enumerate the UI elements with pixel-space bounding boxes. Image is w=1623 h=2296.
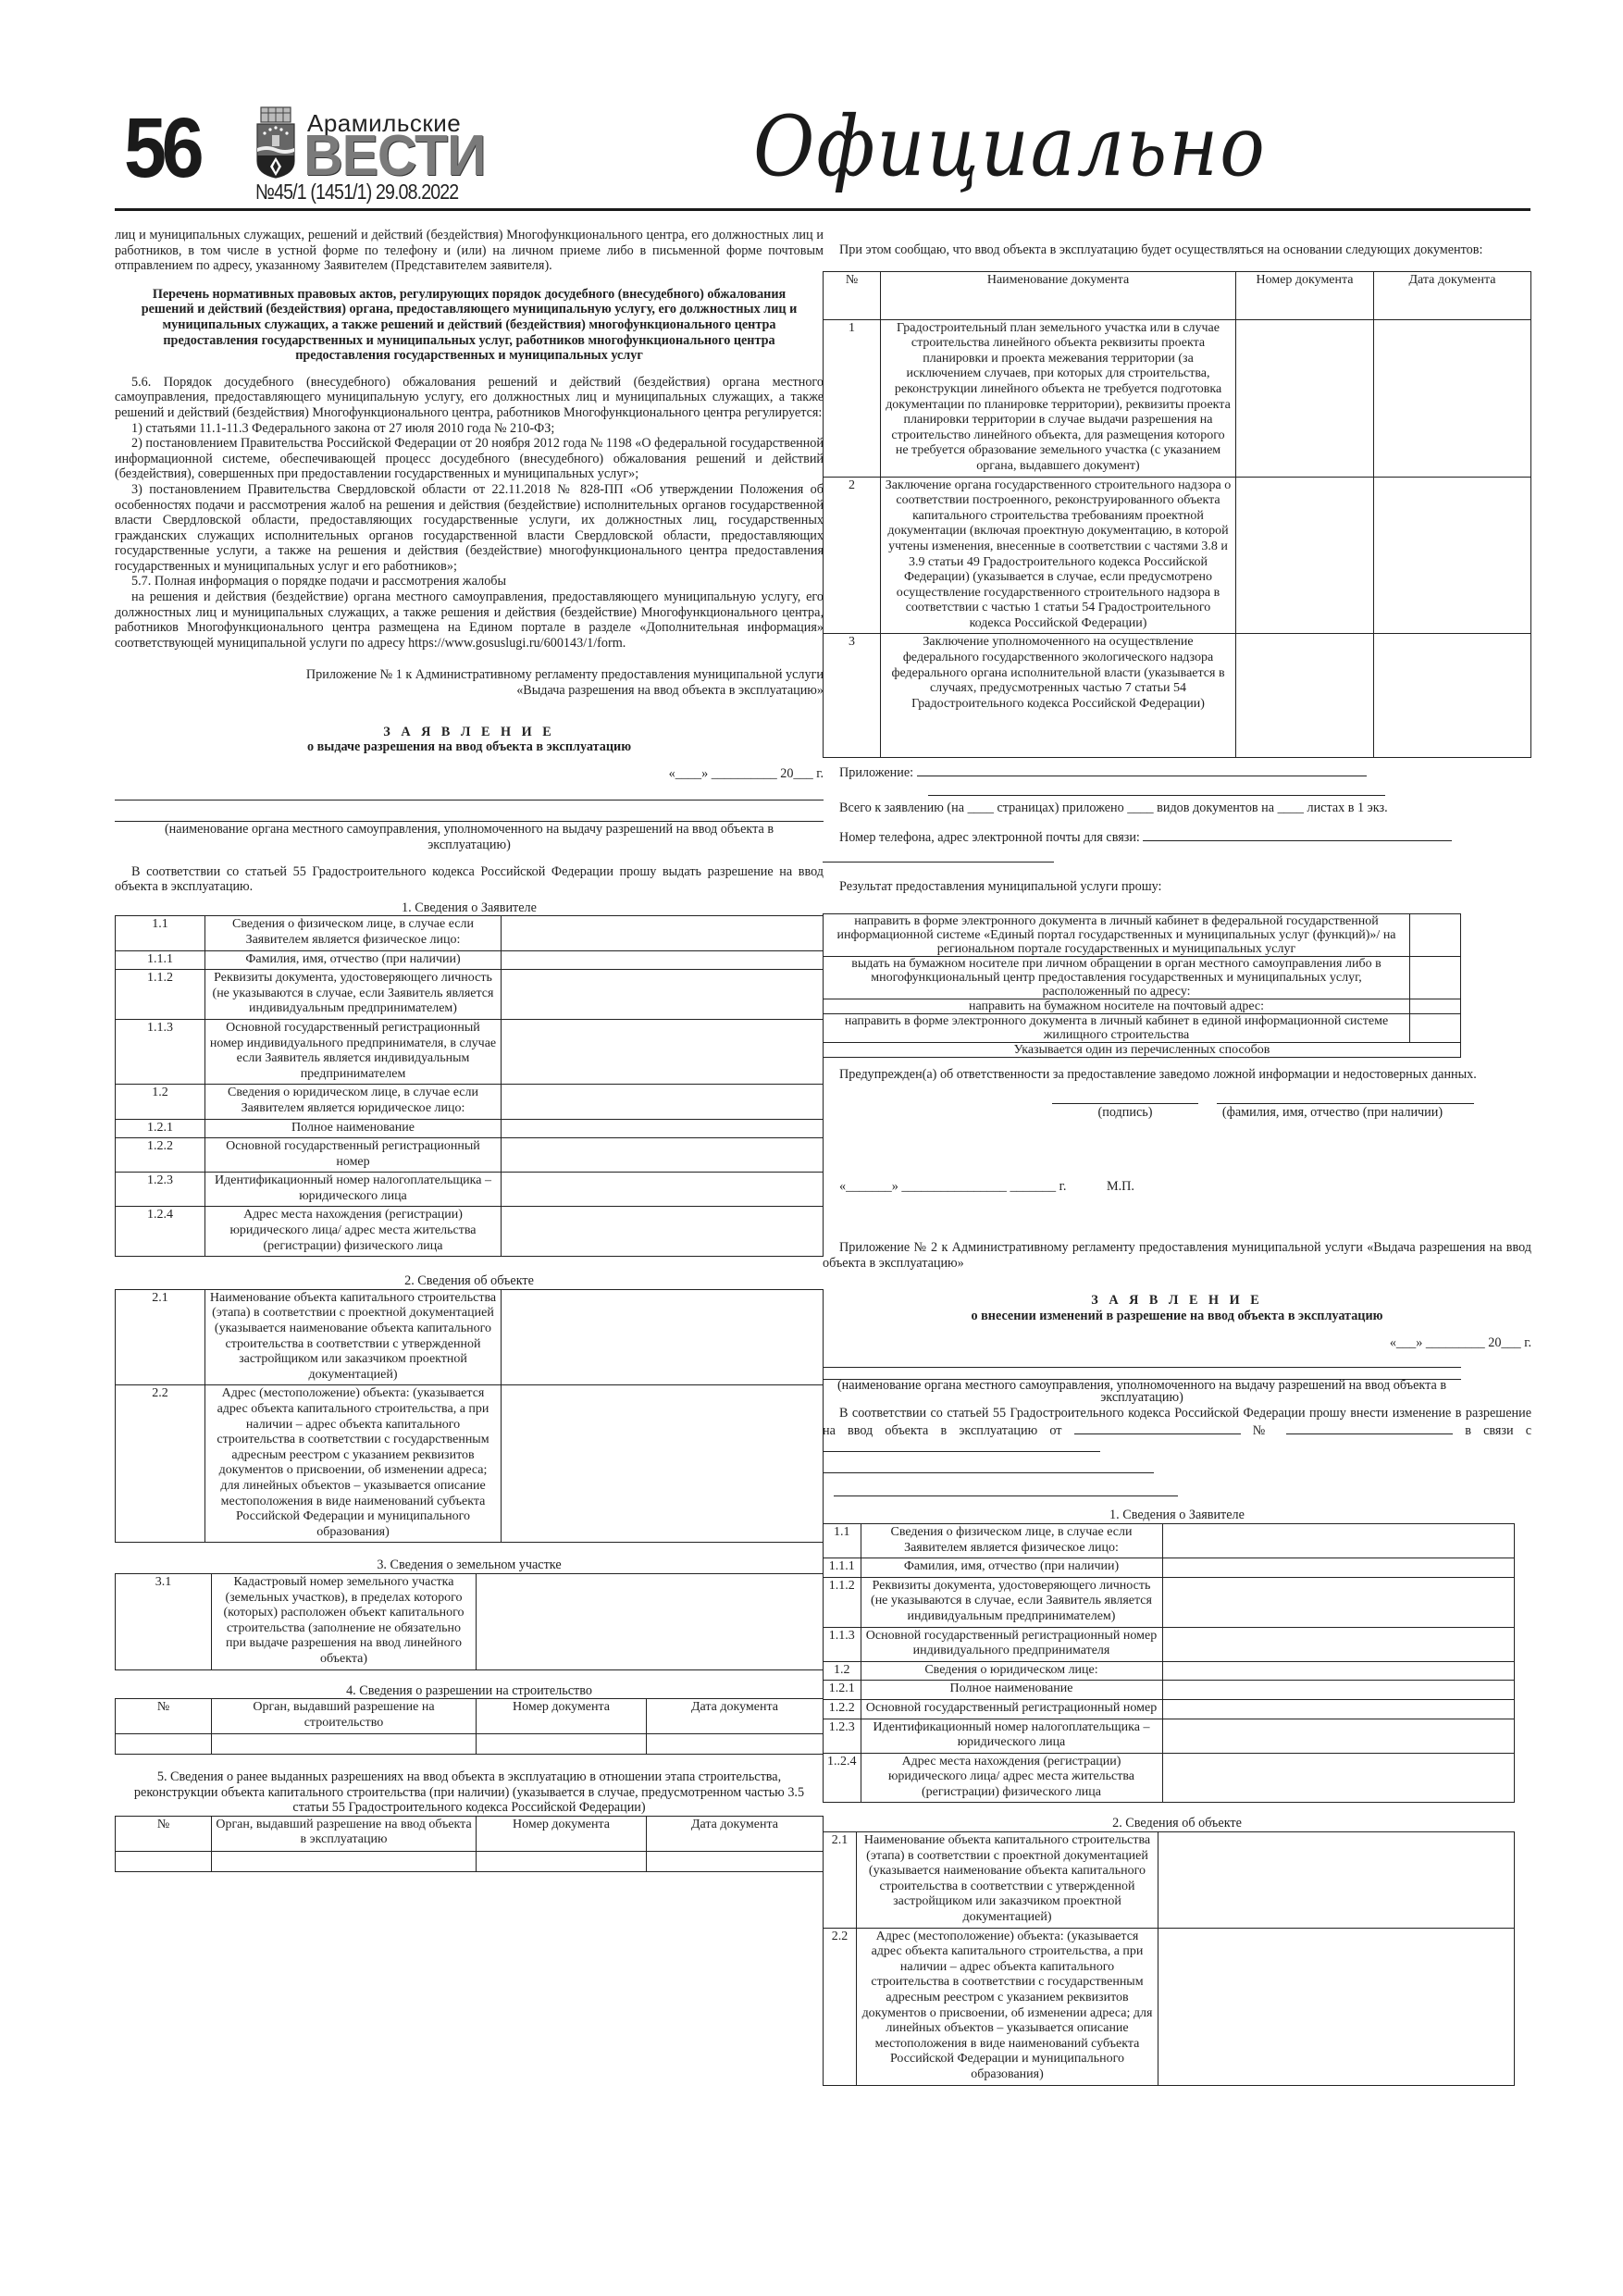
row-value-field[interactable] bbox=[502, 1289, 824, 1385]
row-value-field[interactable] bbox=[1158, 1832, 1515, 1929]
form-2-applicant-table: 1.1Сведения о физическом лице, в случае … bbox=[823, 1523, 1515, 1804]
table-row: 2.2Адрес (местоположение) объекта: (указ… bbox=[824, 1928, 1515, 2085]
authority-caption: (наименование органа местного самоуправл… bbox=[115, 822, 824, 852]
row-number: 1.2.3 bbox=[116, 1173, 205, 1207]
table-cell-field[interactable] bbox=[116, 1734, 212, 1755]
table-row: 1.2Сведения о юридическом лице, в случае… bbox=[116, 1085, 824, 1119]
row-number: 2.1 bbox=[116, 1289, 205, 1385]
row-value-field[interactable] bbox=[502, 1119, 824, 1138]
permit-date-field[interactable] bbox=[1074, 1421, 1241, 1434]
form-1-request: В соответствии со статьей 55 Градостроит… bbox=[115, 864, 824, 895]
row-number: 1.2.3 bbox=[824, 1719, 861, 1753]
land-plot-table: 3.1Кадастровый номер земельного участка … bbox=[115, 1573, 824, 1670]
row-label: Сведения о физическом лице, в случае есл… bbox=[861, 1523, 1162, 1558]
row-value-field[interactable] bbox=[502, 1173, 824, 1207]
section-1-title: 1. Сведения о Заявителе bbox=[115, 900, 824, 916]
table-row: 2Заключение органа государственного стро… bbox=[824, 477, 1531, 634]
row-number: 1.1.3 bbox=[116, 1019, 205, 1084]
result-note: Указывается один из перечисленных способ… bbox=[824, 1043, 1461, 1058]
result-option-label: выдать на бумажном носителе при личном о… bbox=[824, 957, 1410, 999]
table-row: 3.1Кадастровый номер земельного участка … bbox=[116, 1573, 824, 1669]
attachment-field[interactable] bbox=[917, 763, 1367, 776]
signature-field[interactable] bbox=[1052, 1103, 1198, 1104]
table-row: 1.1Сведения о физическом лице, в случае … bbox=[116, 916, 824, 950]
row-label: Идентификационный номер налогоплательщик… bbox=[205, 1173, 502, 1207]
clause-5-6-2: 2) постановлением Правительства Российск… bbox=[115, 436, 824, 482]
authority-name-field-1[interactable] bbox=[115, 781, 824, 800]
row-label: Основной государственный регистрационный… bbox=[205, 1019, 502, 1084]
town-crest-icon bbox=[255, 105, 296, 180]
row-value-field[interactable] bbox=[1162, 1681, 1515, 1700]
result-option-label: направить на бумажном носителе на почтов… bbox=[824, 999, 1410, 1014]
table-row: 2.1Наименование объекта капитального стр… bbox=[824, 1832, 1515, 1929]
table-row: 1.1.2Реквизиты документа, удостоверяющег… bbox=[824, 1577, 1515, 1627]
table-row: 2.1Наименование объекта капитального стр… bbox=[116, 1289, 824, 1385]
table-row: 1.2.3Идентификационный номер налогоплате… bbox=[116, 1173, 824, 1207]
form-2-section-1-title: 1. Сведения о Заявителе bbox=[823, 1508, 1531, 1523]
clause-5-6-3: 3) постановлением Правительства Свердлов… bbox=[115, 482, 824, 575]
table-cell-field[interactable] bbox=[116, 1851, 212, 1871]
result-option-label: направить в форме электронного документа… bbox=[824, 1014, 1410, 1043]
form-1-title: З А Я В Л Е Н И Е bbox=[115, 725, 824, 740]
document-number-field[interactable] bbox=[1236, 477, 1374, 634]
result-option-checkbox[interactable] bbox=[1410, 957, 1461, 999]
row-number: 2.2 bbox=[116, 1385, 205, 1543]
row-number: 1..2.4 bbox=[824, 1753, 861, 1803]
table-row bbox=[116, 1851, 824, 1871]
row-number: 1.2 bbox=[116, 1085, 205, 1119]
row-value-field[interactable] bbox=[1158, 1928, 1515, 2085]
column-header: Номер документа bbox=[477, 1699, 647, 1734]
row-label: Идентификационный номер налогоплательщик… bbox=[861, 1719, 1162, 1753]
result-option-row: выдать на бумажном носителе при личном о… bbox=[824, 957, 1461, 999]
reason-label: в связи с bbox=[1465, 1423, 1531, 1438]
reason-field-3[interactable] bbox=[834, 1483, 1178, 1496]
column-header: № bbox=[116, 1699, 212, 1734]
result-option-checkbox[interactable] bbox=[1410, 914, 1461, 957]
document-date-field[interactable] bbox=[1374, 477, 1531, 634]
row-label: Фамилия, имя, отчество (при наличии) bbox=[205, 950, 502, 970]
row-value-field[interactable] bbox=[502, 1138, 824, 1173]
result-option-checkbox[interactable] bbox=[1410, 1014, 1461, 1043]
contact-line: Номер телефона, адрес электронной почты … bbox=[823, 828, 1531, 846]
row-label: Основной государственный регистрационный… bbox=[861, 1699, 1162, 1719]
column-header: № bbox=[116, 1816, 212, 1851]
intro-paragraph: лиц и муниципальных служащих, решений и … bbox=[115, 228, 824, 274]
form-2-subtitle: о внесении изменений в разрешение на вво… bbox=[823, 1309, 1531, 1324]
clause-5-6-1: 1) статьями 11.1-11.3 Федерального закон… bbox=[115, 421, 824, 437]
header-rule bbox=[115, 208, 1530, 211]
row-number: 1.1.1 bbox=[116, 950, 205, 970]
table-row: 1.1.2Реквизиты документа, удостоверяющег… bbox=[116, 970, 824, 1020]
section-3-title: 3. Сведения о земельном участке bbox=[115, 1558, 824, 1573]
table-row: 1.2.2Основной государственный регистраци… bbox=[116, 1138, 824, 1173]
column-header: Орган, выдавший разрешение на строительс… bbox=[212, 1699, 477, 1734]
row-number: 3 bbox=[824, 634, 881, 758]
row-value-field[interactable] bbox=[1162, 1577, 1515, 1627]
row-value-field[interactable] bbox=[502, 970, 824, 1020]
authority-name-field-3[interactable] bbox=[823, 1350, 1461, 1368]
clause-5-7: 5.7. Полная информация о порядке подачи … bbox=[115, 574, 824, 590]
row-label: Сведения о физическом лице, в случае есл… bbox=[205, 916, 502, 950]
result-method-table: направить в форме электронного документа… bbox=[823, 913, 1461, 1058]
row-number: 1.1.3 bbox=[824, 1627, 861, 1661]
table-row: 1.2.1Полное наименование bbox=[116, 1119, 824, 1138]
column-header: Номер документа bbox=[1236, 271, 1374, 319]
row-label: Кадастровый номер земельного участка (зе… bbox=[212, 1573, 477, 1669]
result-option-label: направить в форме электронного документа… bbox=[824, 914, 1410, 957]
signature-block: (подпись) (фамилия, имя, отчество (при н… bbox=[823, 1103, 1531, 1168]
contact-field[interactable] bbox=[1143, 828, 1452, 841]
row-number: 2.2 bbox=[824, 1928, 857, 2085]
row-label: Основной государственный регистрационный… bbox=[205, 1138, 502, 1173]
full-name-field[interactable] bbox=[1217, 1103, 1474, 1104]
reason-field[interactable] bbox=[823, 1439, 1100, 1452]
row-label: Заключение уполномоченного на осуществле… bbox=[881, 634, 1236, 758]
row-label: Сведения о юридическом лице: bbox=[861, 1661, 1162, 1681]
row-number: 2.1 bbox=[824, 1832, 857, 1929]
table-row: 1.1.3Основной государственный регистраци… bbox=[116, 1019, 824, 1084]
applicant-table: 1.1Сведения о физическом лице, в случае … bbox=[115, 915, 824, 1257]
row-value-field[interactable] bbox=[477, 1573, 824, 1669]
documents-intro: При этом сообщаю, что ввод объекта в экс… bbox=[823, 242, 1531, 258]
reason-field-2[interactable] bbox=[823, 1460, 1154, 1473]
row-label: Наименование объекта капитального строит… bbox=[857, 1832, 1158, 1929]
table-cell-field[interactable] bbox=[212, 1851, 477, 1871]
row-number: 1.1.1 bbox=[824, 1558, 861, 1578]
row-label: Фамилия, имя, отчество (при наличии) bbox=[861, 1558, 1162, 1578]
table-row: 1.2Сведения о юридическом лице: bbox=[824, 1661, 1515, 1681]
newspaper-name-main: ВЕСТИ bbox=[304, 128, 485, 185]
form-2-section-2-title: 2. Сведения об объекте bbox=[823, 1816, 1531, 1831]
issue-number: №45/1 (1451/1) 29.08.2022 bbox=[255, 180, 458, 205]
row-label: Наименование объекта капитального строит… bbox=[205, 1289, 502, 1385]
previous-permits-table: №Орган, выдавший разрешение на ввод объе… bbox=[115, 1816, 824, 1872]
row-label: Реквизиты документа, удостоверяющего лич… bbox=[861, 1577, 1162, 1627]
row-number: 1.2 bbox=[824, 1661, 861, 1681]
column-header: Наименование документа bbox=[881, 271, 1236, 319]
table-cell-field[interactable] bbox=[477, 1851, 647, 1871]
row-value-field[interactable] bbox=[502, 950, 824, 970]
attachment-line: Приложение: bbox=[823, 763, 1531, 781]
result-option-row: направить в форме электронного документа… bbox=[824, 914, 1461, 957]
row-label: Основной государственный регистрационный… bbox=[861, 1627, 1162, 1661]
table-row: 1.1.3Основной государственный регистраци… bbox=[824, 1627, 1515, 1661]
row-value-field[interactable] bbox=[1162, 1627, 1515, 1661]
row-number: 1 bbox=[824, 319, 881, 477]
table-cell-field[interactable] bbox=[212, 1734, 477, 1755]
authority-name-field-2[interactable] bbox=[115, 800, 824, 822]
form-2-date-field[interactable]: «___» _________ 20___ г. bbox=[823, 1335, 1531, 1351]
row-value-field[interactable] bbox=[502, 916, 824, 950]
result-option-row: направить на бумажном носителе на почтов… bbox=[824, 999, 1461, 1014]
result-label: Результат предоставления муниципальной у… bbox=[823, 879, 1531, 895]
row-number: 1.1 bbox=[824, 1523, 861, 1558]
signature-date-line: «_______» ________________ _______ г. М.… bbox=[823, 1179, 1531, 1195]
row-number: 1.2.1 bbox=[824, 1681, 861, 1700]
table-row: 3Заключение уполномоченного на осуществл… bbox=[824, 634, 1531, 758]
appendix-1-line-1: Приложение № 1 к Административному регла… bbox=[115, 667, 824, 683]
table-header-row: №Наименование документаНомер документаДа… bbox=[824, 271, 1531, 319]
row-label: Адрес (местоположение) объекта: (указыва… bbox=[857, 1928, 1158, 2085]
row-number: 1.2.2 bbox=[116, 1138, 205, 1173]
result-option-checkbox[interactable] bbox=[1410, 999, 1461, 1014]
row-number: 1.1.2 bbox=[824, 1577, 861, 1627]
column-header: Орган, выдавший разрешение на ввод объек… bbox=[212, 1816, 477, 1851]
permit-number-field[interactable] bbox=[1286, 1421, 1453, 1434]
appendix-2-note: Приложение № 2 к Административному регла… bbox=[823, 1240, 1531, 1271]
row-value-field[interactable] bbox=[502, 1385, 824, 1543]
clause-5-7-cont: на решения и действия (бездействие) орга… bbox=[115, 590, 824, 651]
row-label: Сведения о юридическом лице, в случае ес… bbox=[205, 1085, 502, 1119]
row-number: 2 bbox=[824, 477, 881, 634]
row-label: Заключение органа государственного строи… bbox=[881, 477, 1236, 634]
row-number: 1.1 bbox=[116, 916, 205, 950]
table-cell-field[interactable] bbox=[647, 1851, 824, 1871]
form-2-title: З А Я В Л Е Н И Е bbox=[823, 1293, 1531, 1309]
total-attached-line[interactable]: Всего к заявлению (на ____ страницах) пр… bbox=[823, 800, 1531, 816]
legal-acts-heading: Перечень нормативных правовых актов, рег… bbox=[133, 287, 805, 364]
row-number: 1.2.4 bbox=[116, 1207, 205, 1257]
table-row bbox=[116, 1734, 824, 1755]
table-row: 1..2.4Адрес места нахождения (регистраци… bbox=[824, 1753, 1515, 1803]
table-cell-field[interactable] bbox=[647, 1734, 824, 1755]
clause-5-6: 5.6. Порядок досудебного (внесудебного) … bbox=[115, 375, 824, 421]
column-header: Номер документа bbox=[477, 1816, 647, 1851]
row-label: Адрес места нахождения (регистрации) юри… bbox=[861, 1753, 1162, 1803]
result-note-row: Указывается один из перечисленных способ… bbox=[824, 1043, 1461, 1058]
row-value-field[interactable] bbox=[1162, 1699, 1515, 1719]
row-number: 1.2.2 bbox=[824, 1699, 861, 1719]
table-row: 1.1.1Фамилия, имя, отчество (при наличии… bbox=[116, 950, 824, 970]
stamp-label: М.П. bbox=[1107, 1179, 1134, 1194]
section-5-title: 5. Сведения о ранее выданных разрешениях… bbox=[115, 1769, 824, 1816]
form-1-date-field[interactable]: «____» __________ 20___ г. bbox=[115, 766, 824, 782]
row-value-field[interactable] bbox=[1162, 1661, 1515, 1681]
column-header: Дата документа bbox=[647, 1699, 824, 1734]
authority-caption-2: (наименование органа местного самоуправл… bbox=[823, 1380, 1461, 1404]
form-2-object-table: 2.1Наименование объекта капитального стр… bbox=[823, 1831, 1515, 2086]
form-2-request: В соответствии со статьей 55 Градостроит… bbox=[823, 1406, 1531, 1457]
signature-date-field[interactable]: «_______» ________________ _______ г. bbox=[839, 1179, 1066, 1194]
row-number: 1.2.1 bbox=[116, 1119, 205, 1138]
table-header-row: №Орган, выдавший разрешение на ввод объе… bbox=[116, 1816, 824, 1851]
document-number-field[interactable] bbox=[1236, 319, 1374, 477]
attachment-label: Приложение: bbox=[839, 765, 913, 780]
table-row: 1.2.4Адрес места нахождения (регистрации… bbox=[116, 1207, 824, 1257]
section-2-title: 2. Сведения об объекте bbox=[115, 1273, 824, 1289]
document-date-field[interactable] bbox=[1374, 634, 1531, 758]
column-header: Дата документа bbox=[1374, 271, 1531, 319]
table-row: 2.2Адрес (местоположение) объекта: (указ… bbox=[116, 1385, 824, 1543]
table-row: 1.2.1Полное наименование bbox=[824, 1681, 1515, 1700]
table-row: 1.1.1Фамилия, имя, отчество (при наличии… bbox=[824, 1558, 1515, 1578]
table-cell-field[interactable] bbox=[477, 1734, 647, 1755]
row-value-field[interactable] bbox=[1162, 1558, 1515, 1578]
left-column: лиц и муниципальных служащих, решений и … bbox=[115, 228, 824, 1872]
row-value-field[interactable] bbox=[1162, 1719, 1515, 1753]
table-header-row: №Орган, выдавший разрешение на строитель… bbox=[116, 1699, 824, 1734]
row-value-field[interactable] bbox=[1162, 1753, 1515, 1803]
row-number: 3.1 bbox=[116, 1573, 212, 1669]
permit-number-label: № bbox=[1253, 1423, 1274, 1438]
attachment-field-2[interactable] bbox=[928, 783, 1385, 796]
row-number: 1.1.2 bbox=[116, 970, 205, 1020]
signature-caption: (подпись) bbox=[1052, 1105, 1198, 1121]
object-table: 2.1Наименование объекта капитального стр… bbox=[115, 1289, 824, 1544]
contact-label: Номер телефона, адрес электронной почты … bbox=[839, 830, 1140, 845]
row-value-field[interactable] bbox=[502, 1207, 824, 1257]
full-name-caption: (фамилия, имя, отчество (при наличии) bbox=[1217, 1105, 1448, 1121]
liability-warning: Предупрежден(а) об ответственности за пр… bbox=[823, 1067, 1531, 1083]
document-date-field[interactable] bbox=[1374, 319, 1531, 477]
row-label: Адрес места нахождения (регистрации) юри… bbox=[205, 1207, 502, 1257]
row-label: Полное наименование bbox=[861, 1681, 1162, 1700]
appendix-1-line-2: «Выдача разрешения на ввод объекта в экс… bbox=[115, 683, 824, 699]
row-label: Полное наименование bbox=[205, 1119, 502, 1138]
column-header: № bbox=[824, 271, 881, 319]
table-row: 1.1Сведения о физическом лице, в случае … bbox=[824, 1523, 1515, 1558]
table-row: 1.2.2Основной государственный регистраци… bbox=[824, 1699, 1515, 1719]
table-row: 1.2.3Идентификационный номер налогоплате… bbox=[824, 1719, 1515, 1753]
section-title: Официально bbox=[753, 98, 1267, 195]
page-number: 56 bbox=[124, 105, 199, 191]
column-header: Дата документа bbox=[647, 1816, 824, 1851]
form-1-subtitle: о выдаче разрешения на ввод объекта в эк… bbox=[115, 739, 824, 755]
row-label: Реквизиты документа, удостоверяющего лич… bbox=[205, 970, 502, 1020]
documents-table: №Наименование документаНомер документаДа… bbox=[823, 271, 1531, 759]
row-label: Адрес (местоположение) объекта: (указыва… bbox=[205, 1385, 502, 1543]
construction-permit-table: №Орган, выдавший разрешение на строитель… bbox=[115, 1698, 824, 1755]
section-4-title: 4. Сведения о разрешении на строительств… bbox=[115, 1683, 824, 1699]
result-option-row: направить в форме электронного документа… bbox=[824, 1014, 1461, 1043]
row-value-field[interactable] bbox=[1162, 1523, 1515, 1558]
row-value-field[interactable] bbox=[502, 1085, 824, 1119]
row-value-field[interactable] bbox=[502, 1019, 824, 1084]
right-column: При этом сообщаю, что ввод объекта в экс… bbox=[823, 242, 1531, 2086]
row-label: Градостроительный план земельного участк… bbox=[881, 319, 1236, 477]
contact-field-2[interactable] bbox=[823, 850, 1054, 863]
document-number-field[interactable] bbox=[1236, 634, 1374, 758]
table-row: 1Градостроительный план земельного участ… bbox=[824, 319, 1531, 477]
